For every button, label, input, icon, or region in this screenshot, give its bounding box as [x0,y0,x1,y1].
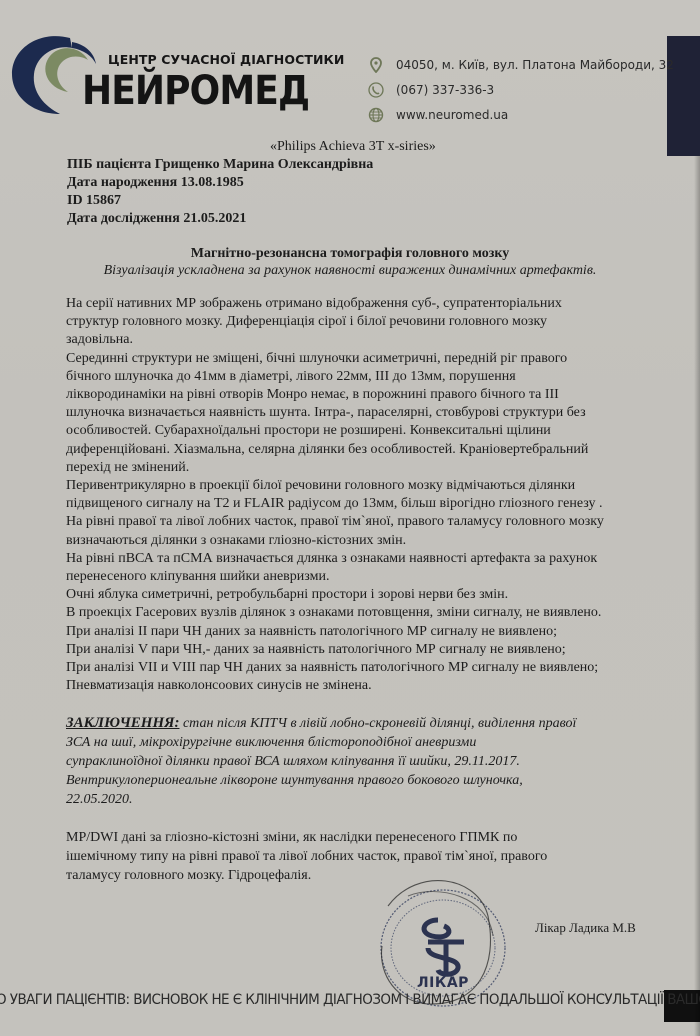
conclusion-line: 22.05.2020. [66,790,666,809]
patient-id: ID 15867 [67,192,373,210]
conclusion-text: стан після КПТЧ в лівій лобно-скроневій … [179,716,576,731]
caduceus-icon [424,920,464,976]
conclusion-block: ЗАКЛЮЧЕННЯ: стан після КПТЧ в лівій лобн… [66,714,666,809]
findings-line: підвищеного сигналу на Т2 и FLAIR радіус… [66,495,666,513]
findings-line: бічного шлуночка до 41мм в діаметрі, лів… [66,368,666,386]
findings-line: В проекціх Гасерових вузлів ділянок з оз… [66,604,666,622]
conclusion-label: ЗАКЛЮЧЕННЯ: [66,715,179,731]
stamp-label: ЛІКАР [408,975,478,991]
phone-icon [368,82,384,98]
findings-line: На рівні пВСА та пСМА визначається длянк… [66,550,666,568]
findings-line: задовільна. [66,331,666,349]
logo-subtitle: ЦЕНТР СУЧАСНОЇ ДІАГНОСТИКИ [108,52,344,67]
clinic-contacts: 04050, м. Київ, вул. Платона Майбороди, … [368,52,674,127]
findings-line: При аналізі II пари ЧН даних за наявніст… [66,623,666,641]
conclusion-first-line: ЗАКЛЮЧЕННЯ: стан після КПТЧ в лівій лобн… [66,714,666,733]
patient-info: ПІБ пацієнта Грищенко Марина Олександрів… [67,156,373,228]
doctor-signature: Лікар Ладика М.В [535,920,636,936]
patient-disclaimer: О УВАГИ ПАЦІЄНТІВ: ВИСНОВОК НЕ Є КЛІНІЧН… [0,992,628,1020]
page-shadow [694,156,700,1036]
findings-line: перехід не змінений. [66,459,666,477]
conclusion-line: Вентрикулоперионеальне ліквороне шунтува… [66,771,666,790]
phone-text[interactable]: (067) 337-336-3 [396,83,494,97]
findings-line: При аналізі VII и VIII пар ЧН даних за н… [66,659,666,677]
summary-line: МР/DWI дані за гліозно-кістозні зміни, я… [66,828,666,847]
findings-line: особливостей. Субарахноїдальні простори … [66,422,666,440]
summary-text: МР/DWI дані за гліозно-кістозні зміни, я… [66,828,666,885]
findings-line: При аналізі V пари ЧН,- даних за наявніс… [66,641,666,659]
logo-title: НЕЙРОМЕД [82,68,309,114]
findings-text: На серії нативних МР зображень отримано … [66,295,666,695]
study-title: Магнітно-резонансна томографія головного… [0,246,700,262]
summary-line: таламусу головного мозку. Гідроцефалія. [66,866,666,885]
findings-line: диференційовані. Хіазмальна, селярна діл… [66,441,666,459]
globe-icon [368,107,384,123]
address-text: 04050, м. Київ, вул. Платона Майбороди, … [396,58,674,72]
contact-website: www.neuromed.ua [368,102,674,127]
scanner-model: «Philips Achieva 3T x-siries» [270,139,436,155]
study-subtitle: Візуалізація ускладнена за рахунок наявн… [0,263,700,279]
conclusion-line: ЗСА на шиї, мікрохірургічне виключення б… [66,733,666,752]
findings-line: На серії нативних МР зображень отримано … [66,295,666,313]
conclusion-line: супраклиноїдної ділянки правої ВСА шляхо… [66,752,666,771]
findings-line: структур головного мозку. Диференціація … [66,313,666,331]
findings-line: шлуночка визначається наявність шунта. І… [66,404,666,422]
location-pin-icon [368,57,384,73]
clinic-logo: ЦЕНТР СУЧАСНОЇ ДІАГНОСТИКИ НЕЙРОМЕД [10,30,310,120]
findings-line: Перивентрикулярно в проекції білої речов… [66,477,666,495]
website-link[interactable]: www.neuromed.ua [396,108,508,122]
findings-line: перенесеного кліпування шийки аневризми. [66,568,666,586]
findings-line: визначаються ділянки з ознаками гліозно-… [66,532,666,550]
findings-line: Очні яблука симетричні, ретробульбарні п… [66,586,666,604]
summary-line: ішемічному типу на рівні правої та лівої… [66,847,666,866]
findings-line: На рівні правої та лівої лобних часток, … [66,513,666,531]
contact-phone: (067) 337-336-3 [368,77,674,102]
patient-name: ПІБ пацієнта Грищенко Марина Олександрів… [67,156,373,174]
contact-address: 04050, м. Київ, вул. Платона Майбороди, … [368,52,674,77]
document-page: ЦЕНТР СУЧАСНОЇ ДІАГНОСТИКИ НЕЙРОМЕД 0405… [0,0,700,1036]
findings-line: ліквородинаміки на рівні отворів Монро н… [66,386,666,404]
exam-date: Дата дослідження 21.05.2021 [67,210,373,228]
findings-line: Пневматизація навколонсоових синусів не … [66,677,666,695]
patient-birth-date: Дата народження 13.08.1985 [67,174,373,192]
findings-line: Серединні структури не зміщені, бічні шл… [66,350,666,368]
